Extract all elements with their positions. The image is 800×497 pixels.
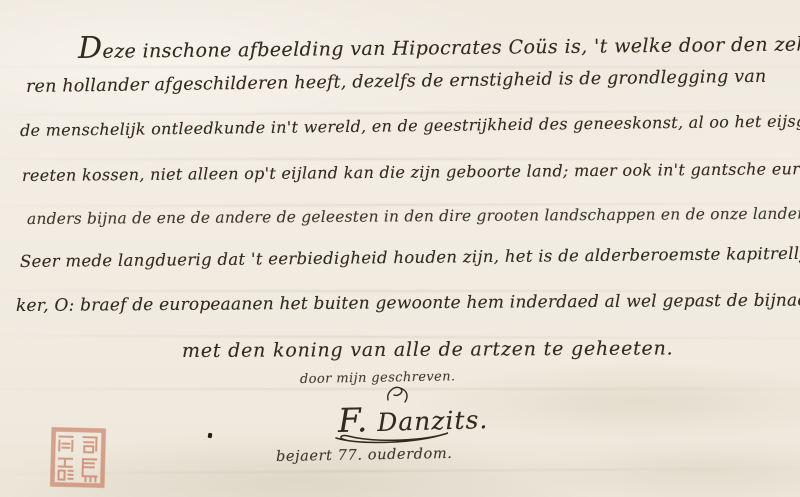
manuscript-line-6: Seer mede langduerig dat 't eerbiedighei…: [20, 244, 800, 271]
paper-crease: [0, 467, 800, 475]
manuscript-line-3: de menschelijk ontleedkunde in't wereld,…: [20, 111, 800, 140]
manuscript-line-1: Deze inschone afbeelding van Hipocrates …: [78, 23, 800, 66]
manuscript-line-5: anders bijna de ene de andere de geleest…: [27, 205, 800, 228]
manuscript-page: Deze inschone afbeelding van Hipocrates …: [0, 0, 800, 497]
manuscript-line-4: reeten kossen, niet alleen op't eijland …: [22, 159, 800, 185]
manuscript-line-7: ker, O: braef de europeaanen het buiten …: [16, 290, 800, 316]
manuscript-closing-line: met den koning van alle de artzen te geh…: [182, 337, 674, 362]
manuscript-line-2: ren hollander afgeschilderen heeft, deze…: [26, 67, 767, 97]
attestation-line: door mijn geschreven.: [300, 369, 456, 387]
ink-spot: [208, 433, 213, 439]
red-collector-seal-icon: [48, 425, 108, 490]
age-note: bejaert 77. ouderdom.: [276, 446, 453, 465]
